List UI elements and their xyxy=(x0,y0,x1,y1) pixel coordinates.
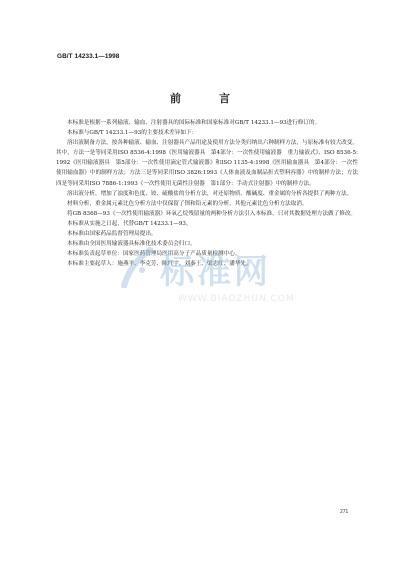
page-title: 前言 xyxy=(0,90,400,106)
paragraph-differences-heading: 本标准与GB/T 14233.1—93的主要技术差异如下： xyxy=(56,128,358,138)
paragraph-proposed-by: 本标准由国家药品监督管理局提出。 xyxy=(56,229,358,239)
paragraph-extraction-method: 溶出液制备方法，按各种输液、输血、注射器具产品用途及使用方法分类归纳出六种制样方… xyxy=(56,138,358,188)
watermark-url: WWW.BIAOZHUN.COM xyxy=(178,294,295,304)
paragraph-managed-by: 本标准由全国医用输液器具标准化技术委员会归口。 xyxy=(56,239,358,249)
page-number: 271 xyxy=(340,509,348,515)
foreword-body: 本标准是根据一系列输液、输血、注射器具的国际标准和国家标准对GB/T 14233… xyxy=(56,118,358,269)
paragraph-drafting-unit: 本标准负责起草单位：国家医药管理局医用高分子产品质量检测中心。 xyxy=(56,249,358,259)
paragraph-eo-residue: 将GB 8368—93《一次性使用输液器》环氧乙烷残留量的两种分析方法引入本标准… xyxy=(56,209,358,219)
paragraph-extract-analysis: 溶出液分析，增加了浊度和色度、铵、硫酸盐的分析方法，对还原物质、酸碱度、重金属的… xyxy=(56,189,358,199)
paragraph-drafters: 本标准主要起草人：施燕平、李克芳、陈红宇、刘秦王、梁志红、潘华先。 xyxy=(56,259,358,269)
standard-id: GB/T 14233.1—1998 xyxy=(57,53,119,60)
paragraph-supersedes: 本标准从实施之日起，代替GB/T 14233.1—93。 xyxy=(56,219,358,229)
paragraph-material-analysis: 材料分析，重金属元素比色分析方法中仅保留了钡和铅元素的分析，其他元素比色分析方法… xyxy=(56,199,358,209)
paragraph-intro: 本标准是根据一系列输液、输血、注射器具的国际标准和国家标准对GB/T 14233… xyxy=(56,118,358,128)
